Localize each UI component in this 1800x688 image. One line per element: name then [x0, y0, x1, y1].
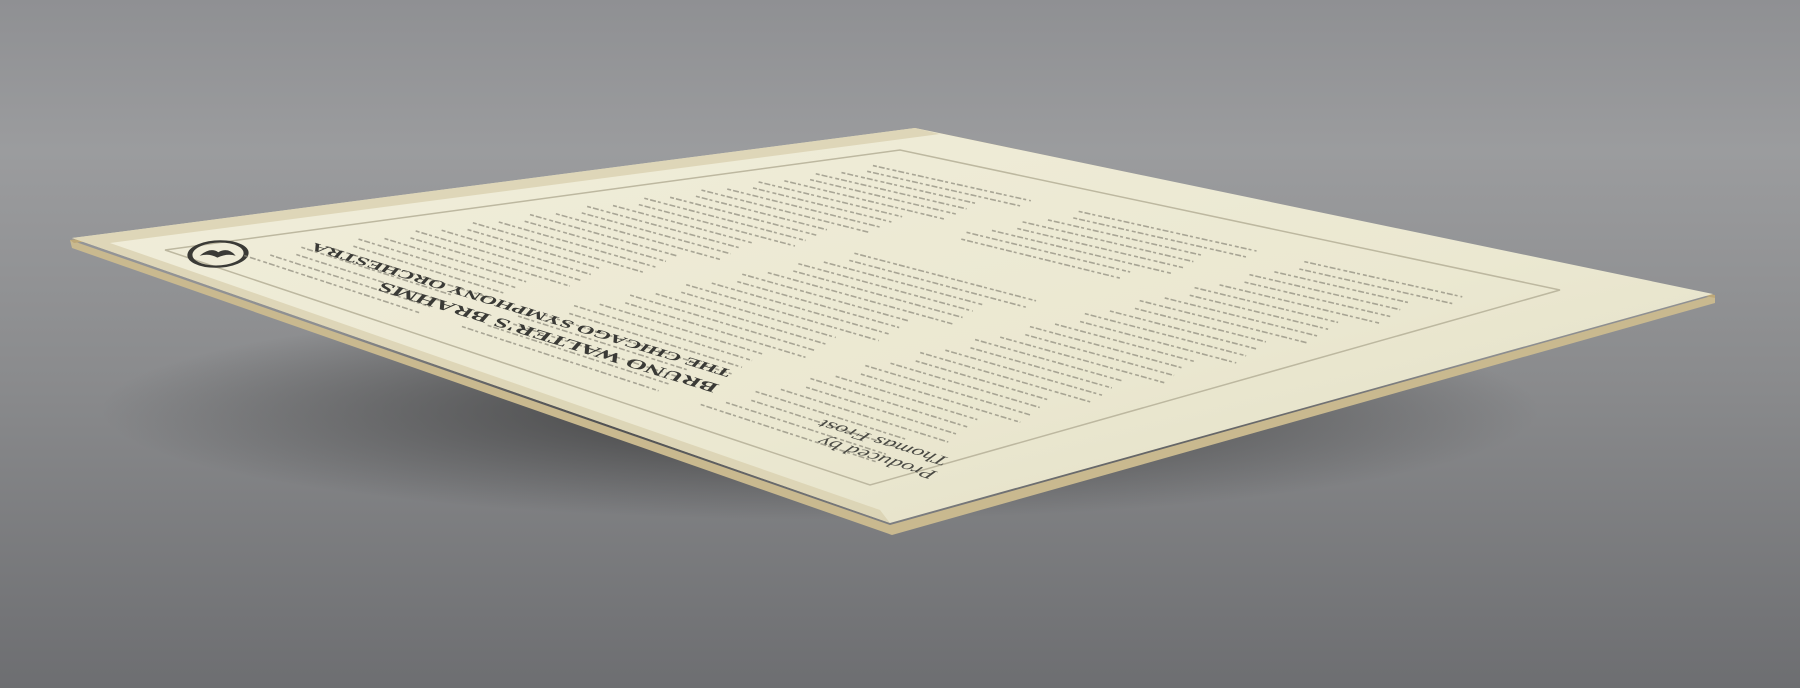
album-photo: BRUNO WALTER'S BRAHMS THE CHICAGO SYMPHO… — [0, 0, 1800, 688]
photo-scene: BRUNO WALTER'S BRAHMS THE CHICAGO SYMPHO… — [0, 0, 1800, 688]
